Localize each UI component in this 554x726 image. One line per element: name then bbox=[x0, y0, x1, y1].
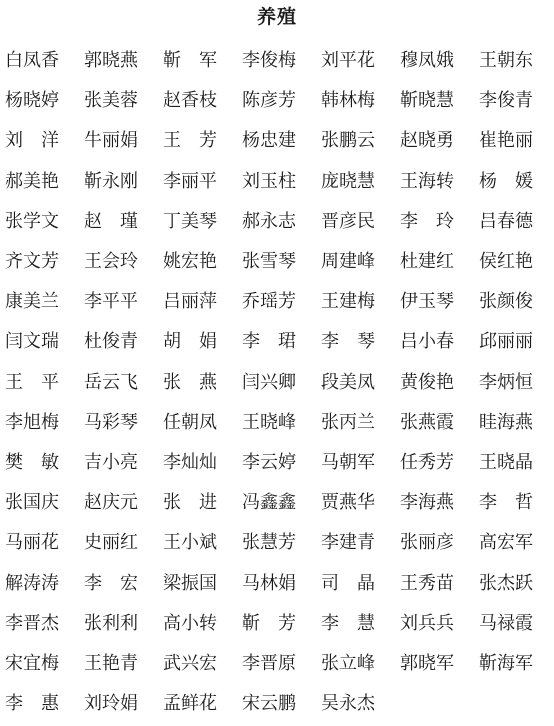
name-cell: 张学文 bbox=[5, 212, 59, 230]
name-cell: 李海燕 bbox=[400, 493, 454, 511]
name-cell: 马林娟 bbox=[242, 574, 296, 592]
name-row: 齐文芳王会玲姚宏艳张雪琴周建峰杜建红侯红艳 bbox=[0, 241, 554, 281]
name-cell: 刘兵兵 bbox=[400, 614, 454, 632]
name-cell: 庞晓慧 bbox=[321, 172, 375, 190]
name-row: 刘洋牛丽娟王芳杨忠建张鹏云赵晓勇崔艳丽 bbox=[0, 120, 554, 160]
name-cell: 杜建红 bbox=[400, 252, 454, 270]
name-char: 媛 bbox=[515, 172, 533, 190]
name-cell: 赵香枝 bbox=[163, 91, 217, 109]
name-cell: 张燕 bbox=[163, 373, 217, 391]
name-cell: 岳云飞 bbox=[84, 373, 138, 391]
name-char: 芳 bbox=[278, 614, 296, 632]
name-cell: 李琴 bbox=[321, 332, 375, 350]
name-cell: 黄俊艳 bbox=[400, 373, 454, 391]
name-char: 司 bbox=[321, 574, 339, 592]
name-row: 康美兰李平平吕丽萍乔瑶芳王建梅伊玉琴张颜俊 bbox=[0, 281, 554, 321]
name-char: 李 bbox=[242, 332, 260, 350]
name-cell: 穆凤娥 bbox=[400, 51, 454, 69]
name-cell: 靳军 bbox=[163, 51, 217, 69]
name-cell: 杨忠建 bbox=[242, 131, 296, 149]
name-list-page: 养殖 白凤香郭晓燕靳军李俊梅刘平花穆凤娥王朝东杨晓婷张美蓉赵香枝陈彦芳韩林梅靳晓… bbox=[0, 0, 554, 726]
name-cell: 李晋杰 bbox=[5, 614, 59, 632]
name-row: 宋宜梅王艳青武兴宏李晋原张立峰郭晓军靳海军 bbox=[0, 643, 554, 683]
name-cell: 王晓晶 bbox=[479, 453, 533, 471]
name-cell: 郝永志 bbox=[242, 212, 296, 230]
name-cell: 任秀芳 bbox=[400, 453, 454, 471]
name-cell: 张雪琴 bbox=[242, 252, 296, 270]
name-char: 王 bbox=[5, 373, 23, 391]
name-cell: 张丽彦 bbox=[400, 533, 454, 551]
name-char: 李 bbox=[321, 332, 339, 350]
name-cell: 张进 bbox=[163, 493, 217, 511]
name-char: 芳 bbox=[199, 131, 217, 149]
name-cell: 吉小亮 bbox=[84, 453, 138, 471]
name-cell: 李云婷 bbox=[242, 453, 296, 471]
name-cell: 王晓峰 bbox=[242, 413, 296, 431]
name-char: 平 bbox=[41, 373, 59, 391]
name-cell: 康美兰 bbox=[5, 292, 59, 310]
name-cell: 邱丽丽 bbox=[479, 332, 533, 350]
name-cell: 王小斌 bbox=[163, 533, 217, 551]
name-cell: 胡娟 bbox=[163, 332, 217, 350]
name-cell: 白凤香 bbox=[5, 51, 59, 69]
name-cell: 赵庆元 bbox=[84, 493, 138, 511]
name-cell: 靳芳 bbox=[242, 614, 296, 632]
name-cell: 张国庆 bbox=[5, 493, 59, 511]
name-char: 李 bbox=[5, 694, 23, 712]
name-cell: 马禄霞 bbox=[479, 614, 533, 632]
name-char: 军 bbox=[199, 51, 217, 69]
name-row: 杨晓婷张美蓉赵香枝陈彦芳韩林梅靳晓慧李俊青 bbox=[0, 80, 554, 120]
name-cell: 王平 bbox=[5, 373, 59, 391]
name-char: 李 bbox=[400, 212, 418, 230]
name-char: 娟 bbox=[199, 332, 217, 350]
name-cell: 李慧 bbox=[321, 614, 375, 632]
name-cell: 伊玉琴 bbox=[400, 292, 454, 310]
name-cell: 任朝凤 bbox=[163, 413, 217, 431]
name-cell: 李宏 bbox=[84, 574, 138, 592]
name-row: 张国庆赵庆元张进冯鑫鑫贾燕华李海燕李哲 bbox=[0, 482, 554, 522]
name-cell: 李建青 bbox=[321, 533, 375, 551]
name-cell: 高小转 bbox=[163, 614, 217, 632]
name-char: 刘 bbox=[5, 131, 23, 149]
name-cell: 司晶 bbox=[321, 574, 375, 592]
name-cell: 郭晓军 bbox=[400, 654, 454, 672]
name-cell: 丁美琴 bbox=[163, 212, 217, 230]
name-cell: 牛丽娟 bbox=[84, 131, 138, 149]
name-cell: 解涛涛 bbox=[5, 574, 59, 592]
name-char: 慧 bbox=[357, 614, 375, 632]
name-cell: 靳晓慧 bbox=[400, 91, 454, 109]
name-char: 张 bbox=[163, 373, 181, 391]
name-char: 王 bbox=[163, 131, 181, 149]
name-cell: 李旭梅 bbox=[5, 413, 59, 431]
name-cell: 张鹏云 bbox=[321, 131, 375, 149]
name-row: 李惠刘玲娟孟鲜花宋云鹏吴永杰 bbox=[0, 683, 554, 723]
name-cell: 冯鑫鑫 bbox=[242, 493, 296, 511]
name-char: 玲 bbox=[436, 212, 454, 230]
name-cell: 樊敏 bbox=[5, 453, 59, 471]
name-cell: 张燕霞 bbox=[400, 413, 454, 431]
name-cell: 张丙兰 bbox=[321, 413, 375, 431]
name-cell: 张美蓉 bbox=[84, 91, 138, 109]
name-cell: 郭晓燕 bbox=[84, 51, 138, 69]
name-cell: 孟鲜花 bbox=[163, 694, 217, 712]
name-cell: 杜俊青 bbox=[84, 332, 138, 350]
name-cell: 刘洋 bbox=[5, 131, 59, 149]
name-cell: 杨媛 bbox=[479, 172, 533, 190]
name-row: 闫文瑞杜俊青胡娟李珺李琴吕小春邱丽丽 bbox=[0, 321, 554, 361]
name-char: 晶 bbox=[357, 574, 375, 592]
name-cell: 郝美艳 bbox=[5, 172, 59, 190]
name-cell: 王芳 bbox=[163, 131, 217, 149]
name-cell: 李哲 bbox=[479, 493, 533, 511]
name-cell: 靳海军 bbox=[479, 654, 533, 672]
name-cell: 姚宏艳 bbox=[163, 252, 217, 270]
name-char: 哲 bbox=[515, 493, 533, 511]
name-cell: 刘玲娟 bbox=[84, 694, 138, 712]
name-char: 樊 bbox=[5, 453, 23, 471]
name-cell: 闫兴卿 bbox=[242, 373, 296, 391]
name-cell: 赵晓勇 bbox=[400, 131, 454, 149]
name-char: 张 bbox=[163, 493, 181, 511]
name-cell: 吕小春 bbox=[400, 332, 454, 350]
name-cell: 王秀苗 bbox=[400, 574, 454, 592]
name-row: 王平岳云飞张燕闫兴卿段美凤黄俊艳李炳恒 bbox=[0, 362, 554, 402]
name-char: 洋 bbox=[41, 131, 59, 149]
name-char: 胡 bbox=[163, 332, 181, 350]
name-cell: 眭海燕 bbox=[479, 413, 533, 431]
name-cell: 侯红艳 bbox=[479, 252, 533, 270]
name-cell: 齐文芳 bbox=[5, 252, 59, 270]
name-cell: 吕丽萍 bbox=[163, 292, 217, 310]
name-cell: 宋云鹏 bbox=[242, 694, 296, 712]
name-cell: 张杰跃 bbox=[479, 574, 533, 592]
name-char: 宏 bbox=[120, 574, 138, 592]
name-cell: 王朝东 bbox=[479, 51, 533, 69]
name-char: 靳 bbox=[242, 614, 260, 632]
name-cell: 马朝军 bbox=[321, 453, 375, 471]
name-cell: 杨晓婷 bbox=[5, 91, 59, 109]
name-cell: 李惠 bbox=[5, 694, 59, 712]
name-cell: 晋彦民 bbox=[321, 212, 375, 230]
name-cell: 李平平 bbox=[84, 292, 138, 310]
name-cell: 韩林梅 bbox=[321, 91, 375, 109]
name-cell: 宋宜梅 bbox=[5, 654, 59, 672]
name-row: 李晋杰张利利高小转靳芳李慧刘兵兵马禄霞 bbox=[0, 603, 554, 643]
name-cell: 贾燕华 bbox=[321, 493, 375, 511]
name-cell: 张慧芳 bbox=[242, 533, 296, 551]
name-char: 靳 bbox=[163, 51, 181, 69]
name-cell: 高宏军 bbox=[479, 533, 533, 551]
name-cell: 李晋原 bbox=[242, 654, 296, 672]
page-title: 养殖 bbox=[0, 5, 554, 40]
name-char: 琴 bbox=[357, 332, 375, 350]
name-row: 张学文赵瑾丁美琴郝永志晋彦民李玲吕春德 bbox=[0, 201, 554, 241]
name-cell: 刘玉柱 bbox=[242, 172, 296, 190]
name-cell: 马丽花 bbox=[5, 533, 59, 551]
name-char: 赵 bbox=[84, 212, 102, 230]
name-char: 进 bbox=[199, 493, 217, 511]
name-cell: 李炳恒 bbox=[479, 373, 533, 391]
name-cell: 刘平花 bbox=[321, 51, 375, 69]
name-char: 李 bbox=[321, 614, 339, 632]
name-char: 瑾 bbox=[120, 212, 138, 230]
name-char: 李 bbox=[479, 493, 497, 511]
name-grid: 白凤香郭晓燕靳军李俊梅刘平花穆凤娥王朝东杨晓婷张美蓉赵香枝陈彦芳韩林梅靳晓慧李俊… bbox=[0, 40, 554, 723]
name-char: 珺 bbox=[278, 332, 296, 350]
name-char: 杨 bbox=[479, 172, 497, 190]
name-row: 樊敏吉小亮李灿灿李云婷马朝军任秀芳王晓晶 bbox=[0, 442, 554, 482]
name-char: 惠 bbox=[41, 694, 59, 712]
name-cell: 乔瑶芳 bbox=[242, 292, 296, 310]
name-row: 李旭梅马彩琴任朝凤王晓峰张丙兰张燕霞眭海燕 bbox=[0, 402, 554, 442]
name-char: 燕 bbox=[199, 373, 217, 391]
name-cell: 王会玲 bbox=[84, 252, 138, 270]
name-cell: 武兴宏 bbox=[163, 654, 217, 672]
name-cell: 吴永杰 bbox=[321, 694, 375, 712]
name-cell: 陈彦芳 bbox=[242, 91, 296, 109]
name-cell: 周建峰 bbox=[321, 252, 375, 270]
name-cell: 张颜俊 bbox=[479, 292, 533, 310]
name-char: 李 bbox=[84, 574, 102, 592]
name-cell: 靳永刚 bbox=[84, 172, 138, 190]
name-cell: 崔艳丽 bbox=[479, 131, 533, 149]
name-row: 马丽花史丽红王小斌张慧芳李建青张丽彦高宏军 bbox=[0, 522, 554, 562]
name-cell: 李丽平 bbox=[163, 172, 217, 190]
name-cell: 李玲 bbox=[400, 212, 454, 230]
name-cell: 史丽红 bbox=[84, 533, 138, 551]
name-cell: 李俊梅 bbox=[242, 51, 296, 69]
name-cell: 王艳青 bbox=[84, 654, 138, 672]
name-char: 敏 bbox=[41, 453, 59, 471]
name-row: 解涛涛李宏梁振国马林娟司晶王秀苗张杰跃 bbox=[0, 562, 554, 602]
name-cell: 段美凤 bbox=[321, 373, 375, 391]
name-cell: 张利利 bbox=[84, 614, 138, 632]
name-cell: 王建梅 bbox=[321, 292, 375, 310]
name-cell: 梁振国 bbox=[163, 574, 217, 592]
name-cell: 马彩琴 bbox=[84, 413, 138, 431]
name-cell: 王海转 bbox=[400, 172, 454, 190]
name-row: 郝美艳靳永刚李丽平刘玉柱庞晓慧王海转杨媛 bbox=[0, 161, 554, 201]
name-cell: 吕春德 bbox=[479, 212, 533, 230]
name-cell: 张立峰 bbox=[321, 654, 375, 672]
name-row: 白凤香郭晓燕靳军李俊梅刘平花穆凤娥王朝东 bbox=[0, 40, 554, 80]
name-cell: 闫文瑞 bbox=[5, 332, 59, 350]
name-cell: 赵瑾 bbox=[84, 212, 138, 230]
name-cell: 李俊青 bbox=[479, 91, 533, 109]
name-cell: 李珺 bbox=[242, 332, 296, 350]
name-cell: 李灿灿 bbox=[163, 453, 217, 471]
